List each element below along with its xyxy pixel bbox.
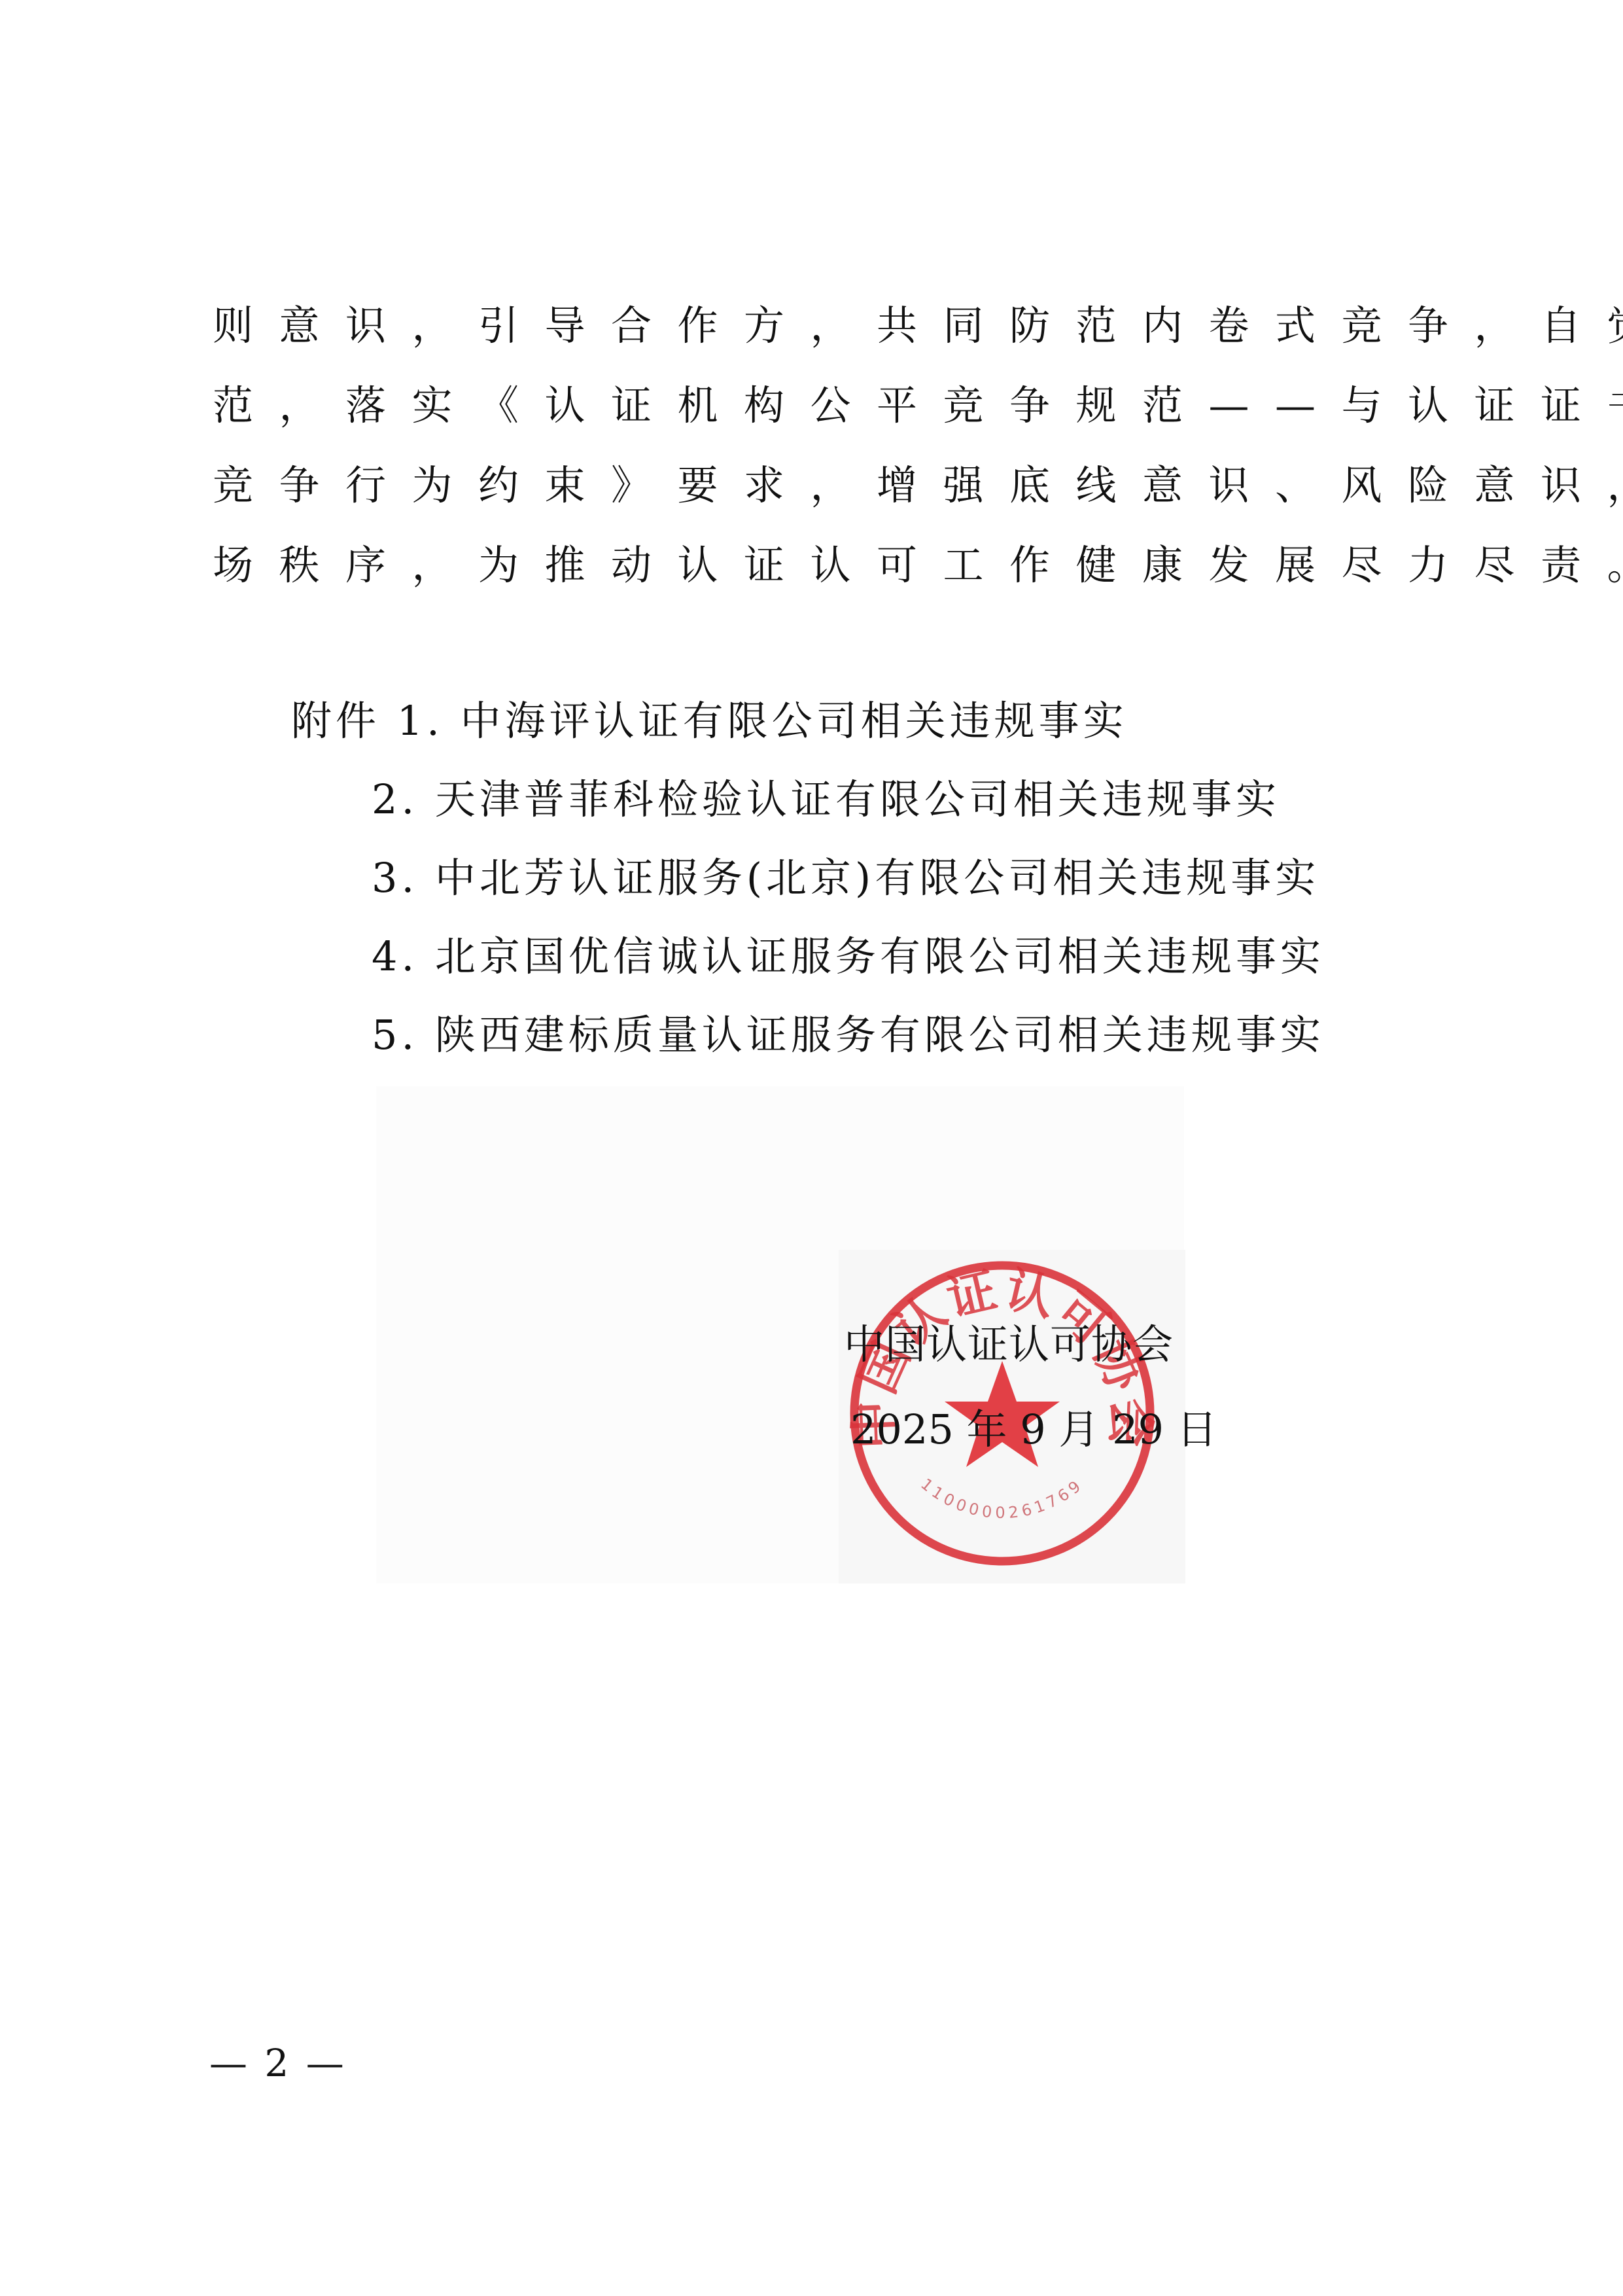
attachment-item-2: 2. 天津普菲科检验认证有限公司相关违规事实 [372,773,1280,826]
body-line-4: 场秩序，为推动认证认可工作健康发展尽力尽责。 [213,539,1416,592]
attachment-item-5: 5. 陕西建标质量认证服务有限公司相关违规事实 [372,1009,1325,1061]
attachment-item-4: 4. 北京国优信诚认证服务有限公司相关违规事实 [372,930,1325,983]
attachment-item-3: 3. 中北芳认证服务(北京)有限公司相关违规事实 [372,852,1319,904]
attachments-label: 附件 [291,697,380,745]
attachment-item-1-text: 1. 中海评认证有限公司相关违规事实 [397,697,1128,745]
body-line-1: 则意识，引导合作方，共同防范内卷式竞争，自觉遵守行业自律规 [213,300,1416,352]
document-page: 则意识，引导合作方，共同防范内卷式竞争，自觉遵守行业自律规 范，落实《认证机构公… [0,0,1623,2296]
attachment-item-1: 附件 1. 中海评认证有限公司相关违规事实 [291,695,1128,747]
signature-organization: 中国认证认可协会 [844,1318,1174,1371]
body-line-2: 范，落实《认证机构公平竞争规范——与认证证书有关的有违公平 [213,380,1416,432]
svg-text:1100000261769: 1100000261769 [917,1475,1087,1522]
body-line-3: 竞争行为约束》要求，增强底线意识、风险意识，自觉维护认证市 [213,459,1416,512]
signature-date: 2025 年 9 月 29 日 [850,1404,1217,1456]
page-number: — 2 — [209,2040,347,2086]
